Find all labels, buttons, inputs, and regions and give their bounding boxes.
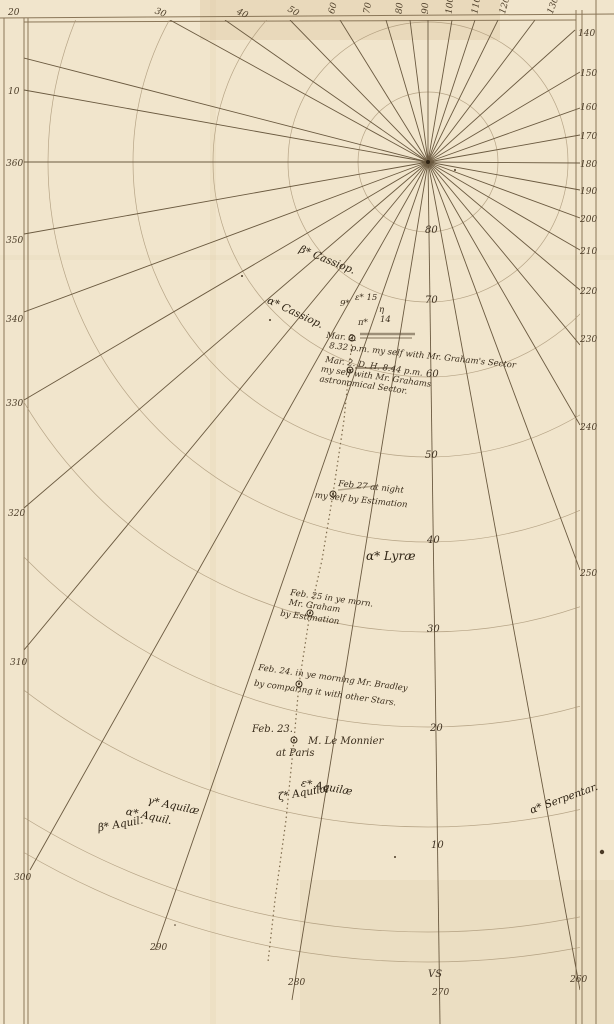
svg-text:60: 60 <box>426 369 439 380</box>
svg-text:340: 340 <box>6 315 23 325</box>
star-chart: 20 30 40 50 60 70 80 90 100 110 120 130 … <box>0 0 614 1024</box>
svg-text:100: 100 <box>445 0 456 14</box>
svg-text:70: 70 <box>425 295 438 306</box>
svg-text:240: 240 <box>579 423 597 433</box>
svg-text:180: 180 <box>580 160 597 170</box>
svg-text:π*: π* <box>357 318 369 328</box>
svg-text:40: 40 <box>426 535 440 546</box>
svg-text:ε* 15: ε* 15 <box>355 293 377 303</box>
svg-text:9*: 9* <box>340 299 350 309</box>
svg-text:330: 330 <box>6 399 23 409</box>
bottom-marker-vs: VS <box>428 969 442 980</box>
svg-text:350: 350 <box>6 236 23 246</box>
svg-text:260: 260 <box>569 975 587 985</box>
svg-text:320: 320 <box>8 509 25 519</box>
svg-text:10: 10 <box>431 840 444 851</box>
svg-text:70: 70 <box>362 2 374 15</box>
svg-text:50: 50 <box>425 450 438 461</box>
svg-text:150: 150 <box>580 69 597 79</box>
svg-text:80: 80 <box>425 225 438 236</box>
svg-text:20: 20 <box>7 8 20 18</box>
svg-text:10: 10 <box>8 87 20 97</box>
paper-stain <box>300 880 614 1024</box>
svg-text:270: 270 <box>431 988 449 998</box>
svg-text:90: 90 <box>421 2 431 14</box>
svg-text:160: 160 <box>580 103 597 113</box>
svg-text:280: 280 <box>287 978 305 988</box>
celestial-pole-point <box>426 160 430 164</box>
svg-text:210: 210 <box>579 247 597 257</box>
svg-text:230: 230 <box>579 335 597 345</box>
svg-text:140: 140 <box>578 29 595 39</box>
svg-text:360: 360 <box>6 159 23 169</box>
svg-text:14: 14 <box>380 315 391 325</box>
svg-text:170: 170 <box>580 132 597 142</box>
star-alpha-lyrae: α* Lyræ <box>366 549 415 563</box>
svg-text:80: 80 <box>395 2 406 15</box>
svg-text:200: 200 <box>579 215 597 225</box>
svg-text:250: 250 <box>579 569 597 579</box>
svg-text:300: 300 <box>14 873 31 883</box>
svg-text:290: 290 <box>149 943 167 953</box>
svg-text:20: 20 <box>429 723 443 734</box>
svg-text:310: 310 <box>10 658 27 668</box>
svg-text:220: 220 <box>579 287 597 297</box>
svg-text:190: 190 <box>580 187 597 197</box>
svg-text:30: 30 <box>427 624 440 635</box>
